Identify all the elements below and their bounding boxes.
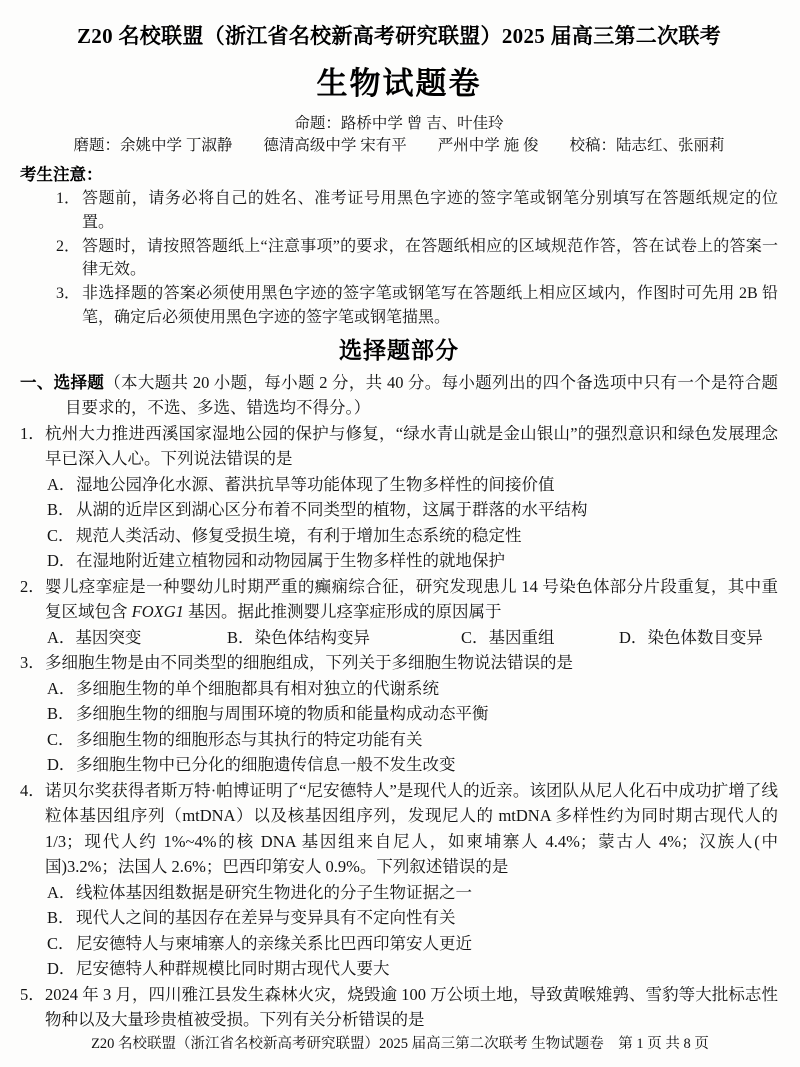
notice-item-2: 2． 答题时，请按照答题纸上“注意事项”的要求，在答题纸相应的区域规范作答，答在…: [20, 235, 778, 283]
option-label: D．: [47, 548, 76, 574]
question-1: 1． 杭州大力推进西溪国家湿地公园的保护与修复，“绿水青山就是金山银山”的强烈意…: [20, 421, 778, 574]
page-footer: Z20 名校联盟（浙江省名校新高考研究联盟）2025 届高三第二次联考 生物试题…: [0, 1034, 800, 1054]
notice-item-number: 1．: [56, 187, 82, 235]
option-text: 多细胞生物的单个细胞都具有相对独立的代谢系统: [76, 676, 778, 702]
question-number: 4．: [20, 778, 45, 880]
question-2-option-b: B．染色体结构变异: [227, 625, 461, 651]
notice-section: 考生注意： 1． 答题前，请务必将自己的姓名、准考证号用黑色字迹的签字笔或钢笔分…: [20, 163, 778, 330]
option-label: C．: [461, 628, 489, 647]
question-3-option-b: B． 多细胞生物的细胞与周围环境的物质和能量构成动态平衡: [47, 701, 778, 727]
notice-item-text: 答题前，请务必将自己的姓名、准考证号用黑色字迹的签字笔或钢笔分别填写在答题纸规定…: [82, 187, 778, 235]
option-label: D．: [619, 628, 647, 647]
option-label: C．: [47, 931, 76, 957]
section-intro: 一、选择题（本大题共 20 小题，每小题 2 分，共 40 分。每小题列出的四个…: [20, 370, 778, 421]
question-1-option-a: A． 湿地公园净化水源、蓄洪抗旱等功能体现了生物多样性的间接价值: [47, 472, 778, 498]
exam-paper-page: Z20 名校联盟（浙江省名校新高考研究联盟）2025 届高三第二次联考 生物试题…: [0, 0, 800, 1067]
option-label: A．: [47, 628, 75, 647]
question-2-option-d: D．染色体数目变异: [619, 625, 763, 651]
question-3-option-d: D． 多细胞生物中已分化的细胞遗传信息一般不发生改变: [47, 752, 778, 778]
stem-text: 基因。据此推测婴儿痉挛症形成的原因属于: [184, 602, 502, 621]
question-number: 2．: [20, 574, 45, 625]
notice-item-1: 1． 答题前，请务必将自己的姓名、准考证号用黑色字迹的签字笔或钢笔分别填写在答题…: [20, 187, 778, 235]
option-text: 多细胞生物的细胞形态与其执行的特定功能有关: [76, 727, 778, 753]
option-text: 现代人之间的基因存在差异与变异具有不定向性有关: [76, 905, 778, 931]
question-4: 4． 诺贝尔奖获得者斯万特·帕博证明了“尼安德特人”是现代人的近亲。该团队从尼人…: [20, 778, 778, 982]
option-text: 染色体数目变异: [647, 628, 763, 647]
question-3-option-a: A． 多细胞生物的单个细胞都具有相对独立的代谢系统: [47, 676, 778, 702]
option-label: D．: [47, 752, 76, 778]
question-stem: 婴儿痉挛症是一种婴幼儿时期严重的癫痫综合征，研究发现患儿 14 号染色体部分片段…: [45, 574, 778, 625]
option-label: A．: [47, 676, 76, 702]
option-text: 多细胞生物的细胞与周围环境的物质和能量构成动态平衡: [76, 701, 778, 727]
option-label: A．: [47, 880, 76, 906]
option-text: 基因重组: [489, 628, 555, 647]
option-text: 染色体结构变异: [255, 628, 371, 647]
question-3: 3． 多细胞生物是由不同类型的细胞组成，下列关于多细胞生物说法错误的是 A． 多…: [20, 650, 778, 778]
reviewer-line: 磨题：余姚中学 丁淑静 德清高级中学 宋有平 严州中学 施 俊 校稿：陆志红、张…: [20, 135, 778, 157]
option-text: 从湖的近岸区到湖心区分布着不同类型的植物，这属于群落的水平结构: [76, 497, 778, 523]
option-label: C．: [47, 523, 76, 549]
section-intro-text: （本大题共 20 小题，每小题 2 分，共 40 分。每小题列出的四个备选项中只…: [65, 373, 778, 418]
option-text: 多细胞生物中已分化的细胞遗传信息一般不发生改变: [76, 752, 778, 778]
option-text: 湿地公园净化水源、蓄洪抗旱等功能体现了生物多样性的间接价值: [76, 472, 778, 498]
question-4-option-b: B． 现代人之间的基因存在差异与变异具有不定向性有关: [47, 905, 778, 931]
option-text: 尼安德特人与柬埔寨人的亲缘关系比巴西印第安人更近: [76, 931, 778, 957]
question-2-option-c: C．基因重组: [461, 625, 619, 651]
question-4-option-a: A． 线粒体基因组数据是研究生物进化的分子生物证据之一: [47, 880, 778, 906]
option-label: A．: [47, 472, 76, 498]
question-5: 5． 2024 年 3 月，四川雅江县发生森林火灾，烧毁逾 100 万公顷土地，…: [20, 982, 778, 1033]
section-header: 选择题部分: [20, 335, 778, 367]
question-1-option-c: C． 规范人类活动、修复受损生境，有利于增加生态系统的稳定性: [47, 523, 778, 549]
option-label: B．: [47, 905, 76, 931]
option-text: 规范人类活动、修复受损生境，有利于增加生态系统的稳定性: [76, 523, 778, 549]
notice-item-number: 2．: [56, 235, 82, 283]
question-stem: 2024 年 3 月，四川雅江县发生森林火灾，烧毁逾 100 万公顷土地，导致黄…: [45, 982, 778, 1033]
option-label: B．: [227, 628, 255, 647]
question-2: 2． 婴儿痉挛症是一种婴幼儿时期严重的癫痫综合征，研究发现患儿 14 号染色体部…: [20, 574, 778, 651]
exam-title: Z20 名校联盟（浙江省名校新高考研究联盟）2025 届高三第二次联考: [20, 22, 778, 50]
question-stem: 杭州大力推进西溪国家湿地公园的保护与修复，“绿水青山就是金山银山”的强烈意识和绿…: [45, 421, 778, 472]
question-stem: 多细胞生物是由不同类型的细胞组成，下列关于多细胞生物说法错误的是: [45, 650, 778, 676]
option-text: 基因突变: [75, 628, 141, 647]
question-number: 3．: [20, 650, 45, 676]
question-stem: 诺贝尔奖获得者斯万特·帕博证明了“尼安德特人”是现代人的近亲。该团队从尼人化石中…: [45, 778, 778, 880]
notice-item-3: 3． 非选择题的答案必须使用黑色字迹的签字笔或钢笔写在答题纸上相应区域内，作图时…: [20, 282, 778, 330]
question-1-option-d: D． 在湿地附近建立植物园和动物园属于生物多样性的就地保护: [47, 548, 778, 574]
question-2-option-a: A．基因突变: [47, 625, 227, 651]
option-label: C．: [47, 727, 76, 753]
option-label: B．: [47, 497, 76, 523]
option-text: 在湿地附近建立植物园和动物园属于生物多样性的就地保护: [76, 548, 778, 574]
question-3-option-c: C． 多细胞生物的细胞形态与其执行的特定功能有关: [47, 727, 778, 753]
question-number: 5．: [20, 982, 45, 1033]
option-text: 尼安德特人种群规模比同时期古现代人要大: [76, 956, 778, 982]
notice-item-number: 3．: [56, 282, 82, 330]
question-4-option-d: D． 尼安德特人种群规模比同时期古现代人要大: [47, 956, 778, 982]
paper-title: 生物试题卷: [20, 65, 778, 103]
question-4-option-c: C． 尼安德特人与柬埔寨人的亲缘关系比巴西印第安人更近: [47, 931, 778, 957]
question-number: 1．: [20, 421, 45, 472]
section-intro-label: 一、选择题: [20, 373, 104, 392]
proposer-line: 命题：路桥中学 曾 吉、叶佳玲: [20, 113, 778, 135]
question-1-option-b: B． 从湖的近岸区到湖心区分布着不同类型的植物，这属于群落的水平结构: [47, 497, 778, 523]
gene-name-italic: FOXG1: [132, 602, 184, 621]
option-label: B．: [47, 701, 76, 727]
inline-options-row: A．基因突变 B．染色体结构变异 C．基因重组 D．染色体数目变异: [20, 625, 778, 651]
option-text: 线粒体基因组数据是研究生物进化的分子生物证据之一: [76, 880, 778, 906]
option-label: D．: [47, 956, 76, 982]
notice-item-text: 非选择题的答案必须使用黑色字迹的签字笔或钢笔写在答题纸上相应区域内，作图时可先用…: [82, 282, 778, 330]
notice-heading: 考生注意：: [20, 163, 778, 187]
notice-item-text: 答题时，请按照答题纸上“注意事项”的要求，在答题纸相应的区域规范作答，答在试卷上…: [82, 235, 778, 283]
